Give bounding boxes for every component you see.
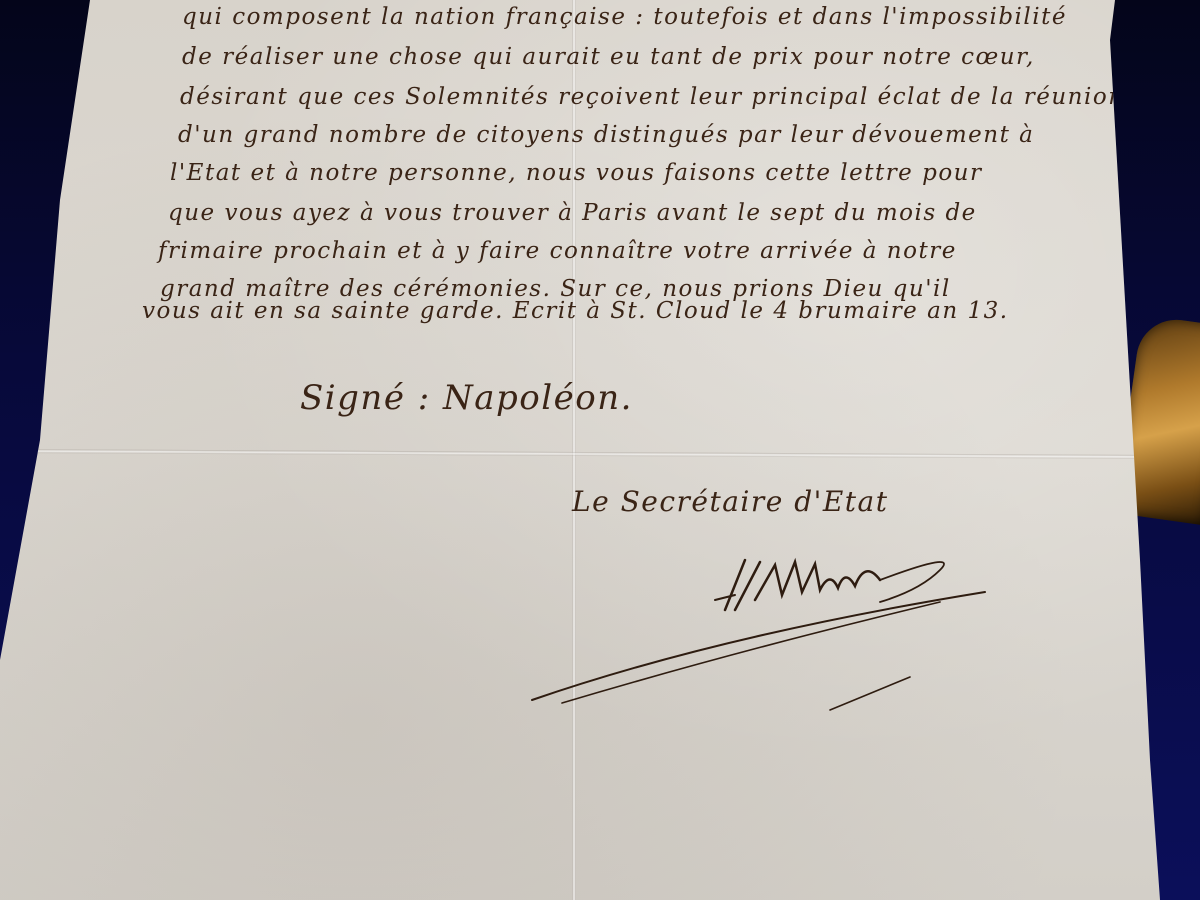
letter-paper: qui composent la nation française : tout… [0, 0, 1200, 900]
signed-napoleon: Signé : Napoléon. [300, 378, 633, 418]
letter-line-6: que vous ayez à vous trouver à Paris ava… [168, 200, 977, 226]
letter-line-2: de réaliser une chose qui aurait eu tant… [182, 44, 1035, 70]
letter-line-4: d'un grand nombre de citoyens distingués… [178, 122, 1034, 148]
secretary-title: Le Secrétaire d'Etat [572, 485, 888, 518]
letter-line-5: l'Etat et à notre personne, nous vous fa… [170, 160, 983, 186]
letter-line-7: frimaire prochain et à y faire connaître… [158, 238, 957, 264]
horizontal-fold-crease [30, 449, 1150, 459]
letter-line-1: qui composent la nation française : tout… [182, 4, 1067, 30]
letter-line-9: vous ait en sa sainte garde. Ecrit à St.… [142, 298, 1009, 324]
letter-line-3: désirant que ces Solemnités reçoivent le… [180, 84, 1125, 110]
secretary-signature-flourish-icon [520, 540, 1000, 720]
